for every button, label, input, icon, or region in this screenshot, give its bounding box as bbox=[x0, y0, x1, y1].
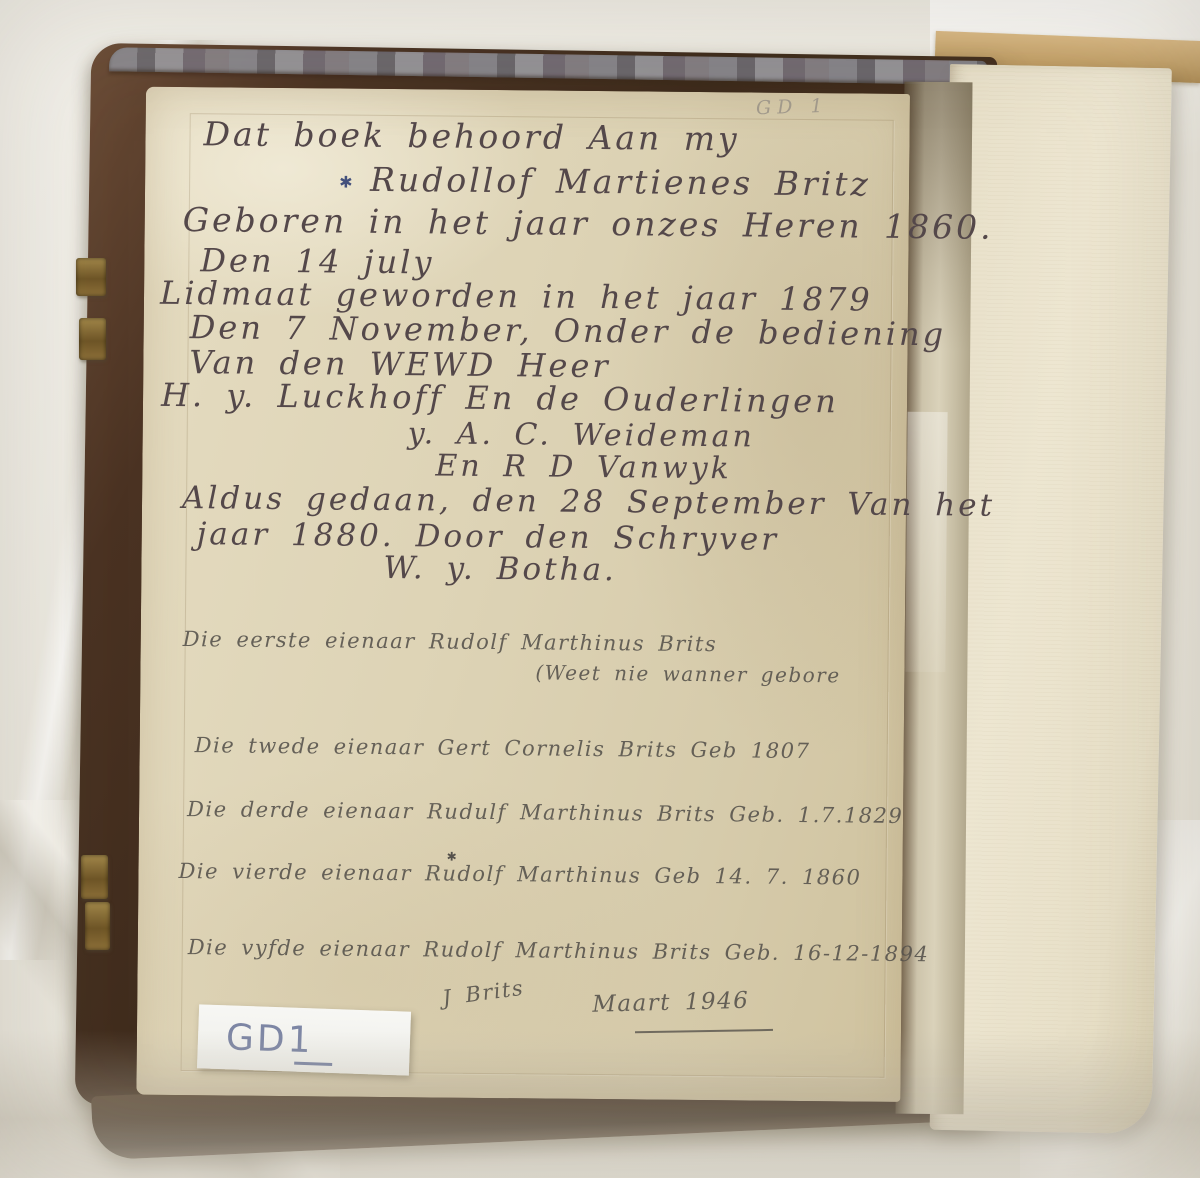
ink-line: En R D Vanwyk bbox=[435, 451, 732, 484]
ink-line: Aldus gedaan, den 28 September Van het bbox=[182, 483, 995, 522]
signature: J Brits bbox=[441, 978, 525, 1009]
ink-line: y. A. C. Weideman bbox=[408, 419, 755, 452]
pencil-entry: Die vyfde eienaar Rudolf Marthinus Brits… bbox=[188, 937, 930, 965]
pencil-entry: Die derde eienaar Rudulf Marthinus Brits… bbox=[187, 799, 903, 827]
ink-line: H. y. Luckhoff En de Ouderlingen bbox=[161, 379, 839, 418]
photo-of-handwritten-book: Dat boek behoord Aan my ✱ Rudollof Marti… bbox=[0, 0, 1200, 1178]
pencil-entry: Die eerste eienaar Rudolf Marthinus Brit… bbox=[183, 629, 718, 655]
ink-line: Dat boek behoord Aan my bbox=[203, 117, 739, 155]
archive-label-underline bbox=[294, 1062, 332, 1066]
pencil-entry: Die vierde eienaar Rudolf Marthinus Geb … bbox=[178, 861, 861, 889]
pencil-entry: (Weet nie wanner gebore bbox=[535, 662, 840, 685]
brass-clasp bbox=[79, 318, 106, 360]
brass-clasp bbox=[85, 902, 110, 950]
ink-line: Den 14 july bbox=[200, 244, 434, 278]
ink-line: W. y. Botha. bbox=[383, 553, 617, 586]
star-mark-icon: ✱ bbox=[339, 173, 353, 192]
archive-label: GD1 bbox=[197, 1004, 411, 1075]
ink-line: Geboren in het jaar onzes Heren 1860. bbox=[183, 203, 994, 244]
brass-clasp bbox=[76, 258, 106, 296]
signature-date-underline bbox=[635, 1029, 773, 1033]
leather-cover-top-edge bbox=[109, 47, 987, 85]
brass-clasp bbox=[81, 855, 108, 899]
archive-label-code: GD1 bbox=[225, 1017, 314, 1061]
pencil-entry: Die twede eienaar Gert Cornelis Brits Ge… bbox=[195, 735, 811, 762]
pencil-archive-mark: GD 1 bbox=[756, 95, 829, 120]
ink-line: Rudollof Martienes Britz bbox=[370, 163, 871, 201]
signature-date: Maart 1946 bbox=[592, 990, 750, 1017]
handwritten-page: Dat boek behoord Aan my ✱ Rudollof Marti… bbox=[136, 87, 910, 1102]
handwriting-layer: Dat boek behoord Aan my ✱ Rudollof Marti… bbox=[136, 87, 910, 1102]
